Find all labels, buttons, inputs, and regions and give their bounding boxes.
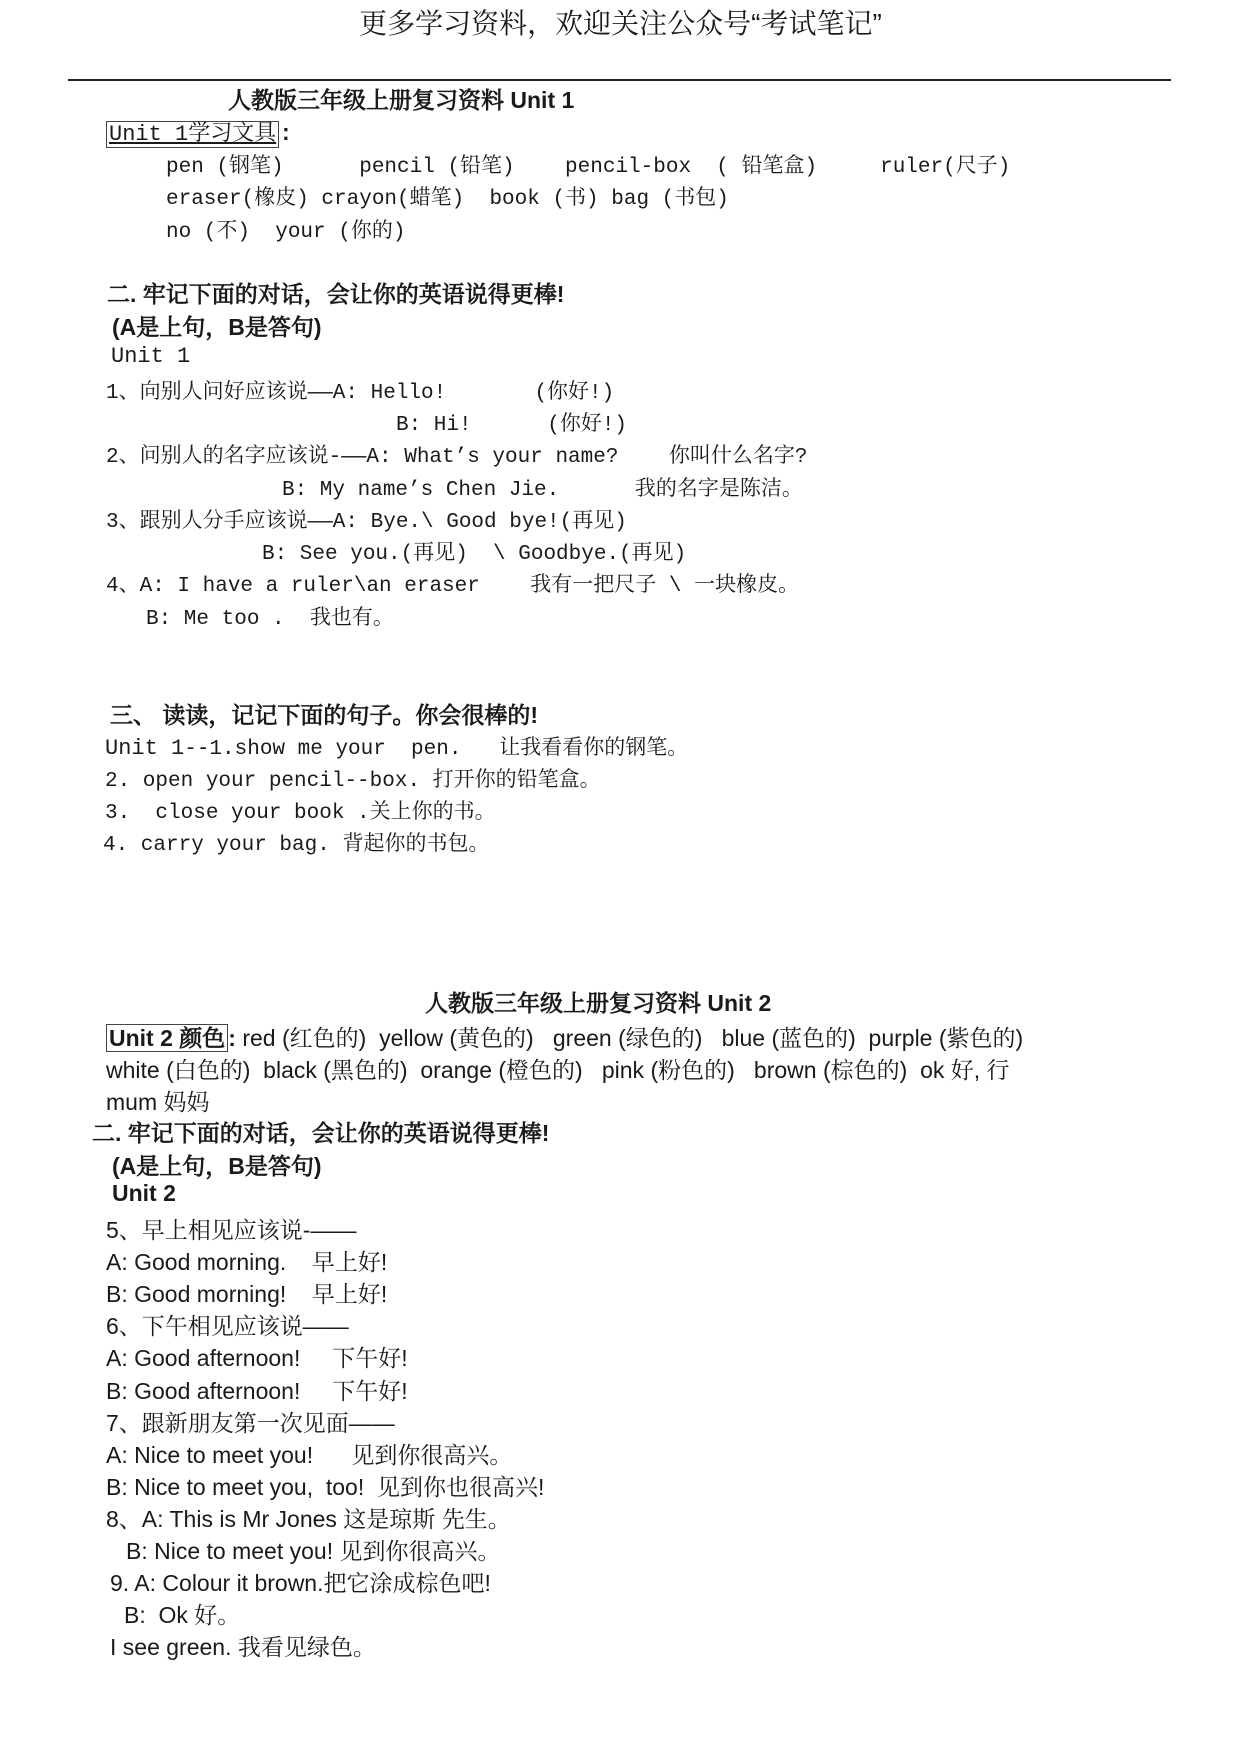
unit1-vocab-line: no (不) your (你的) [166,214,405,244]
unit1-title: 人教版三年级上册复习资料 Unit 1 [228,82,574,115]
unit1-section2-note: (A是上句，B是答句) [112,309,322,342]
sentence-line: 2. open your pencil--box. 打开你的铅笔盒。 [105,763,601,793]
dialogue-line: 7、跟新朋友第一次见面—— [106,1405,395,1438]
dialogue-line: B: Me too . 我也有。 [146,601,394,631]
dialogue-line: 5、早上相见应该说-—— [106,1212,356,1245]
dialogue-line: 8、A: This is Mr Jones 这是琼斯 先生。 [106,1501,511,1534]
dialogue-line: 4、A: I have a ruler\an eraser 我有一把尺子 \ 一… [106,568,799,598]
dialogue-line: A: Good afternoon! 下午好! [106,1340,408,1373]
dialogue-line: B: Nice to meet you, too! 见到你也很高兴! [106,1469,544,1502]
unit2-vocab-label: Unit 2 颜色 [106,1024,228,1052]
dialogue-line: 1、向别人问好应该说——A: Hello! (你好!) [106,375,614,405]
unit2-section2-unit: Unit 2 [112,1180,176,1207]
promo-banner: 更多学习资料，欢迎关注公众号“考试笔记” [0,2,1241,42]
unit1-vocab-heading: Unit 1学习文具: [106,116,292,147]
dialogue-line: B: My name’s Chen Jie. 我的名字是陈洁。 [282,472,803,502]
unit1-vocab-line: eraser(橡皮) crayon(蜡笔) book (书) bag (书包) [166,181,729,211]
dialogue-line: A: Good morning. 早上好! [106,1244,387,1277]
dialogue-line: A: Nice to meet you! 见到你很高兴。 [106,1437,512,1470]
unit1-section2-heading: 二. 牢记下面的对话，会让你的英语说得更棒! [107,276,564,309]
sentence-line: 3. close your book .关上你的书。 [105,795,496,825]
header-divider [68,79,1171,81]
unit2-section2-heading: 二. 牢记下面的对话，会让你的英语说得更棒! [92,1115,549,1148]
unit1-section2-unit: Unit 1 [111,344,190,369]
unit2-section2-note: (A是上句，B是答句) [112,1148,322,1181]
sentence-line: 4. carry your bag. 背起你的书包。 [103,827,489,857]
dialogue-line: 9. A: Colour it brown.把它涂成棕色吧! [110,1565,491,1598]
dialogue-line: B: Good afternoon! 下午好! [106,1373,408,1406]
dialogue-line: 2、问别人的名字应该说-——A: What’s your name? 你叫什么名… [106,439,807,469]
unit2-vocab-line: white (白色的) black (黑色的) orange (橙色的) pin… [106,1052,1010,1085]
dialogue-line: B: See you.(再见) \ Goodbye.(再见) [262,536,686,566]
unit1-vocab-line: pen (钢笔) pencil (铅笔) pencil-box ( 铅笔盒) r… [166,149,1010,179]
dialogue-line: 3、跟别人分手应该说——A: Bye.\ Good bye!(再见) [106,504,627,534]
unit2-vocab-line: mum 妈妈 [106,1084,210,1117]
dialogue-line: B: Nice to meet you! 见到你很高兴。 [126,1533,500,1566]
dialogue-line: B: Good morning! 早上好! [106,1276,387,1309]
dialogue-line: I see green. 我看见绿色。 [110,1629,376,1662]
unit2-title: 人教版三年级上册复习资料 Unit 2 [425,985,771,1018]
unit1-section3-heading: 三、 读读，记记下面的句子。你会很棒的! [110,697,538,730]
sentence-line: Unit 1--1.show me your pen. 让我看看你的钢笔。 [105,731,688,761]
dialogue-line: B: Hi! (你好!) [396,407,627,437]
dialogue-line: 6、下午相见应该说—— [106,1308,349,1341]
dialogue-line: B: Ok 好。 [124,1597,240,1630]
unit1-vocab-label: Unit 1学习文具 [106,121,279,148]
unit2-vocab-line: Unit 2 颜色: red (红色的) yellow (黄色的) green … [106,1020,1023,1053]
